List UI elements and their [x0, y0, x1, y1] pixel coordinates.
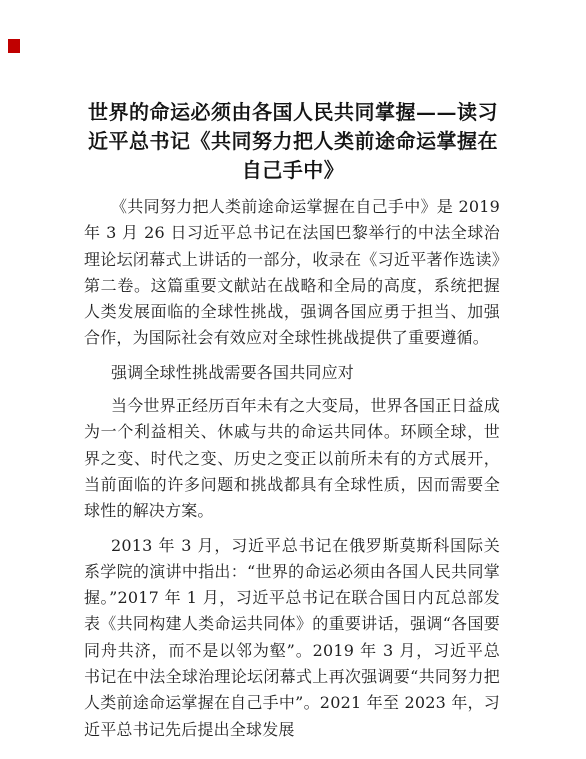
paragraph-body-2: 2013 年 3 月，习近平总书记在俄罗斯莫斯科国际关系学院的演讲中指出：“世界… [84, 533, 500, 743]
document-body: 《共同努力把人类前途命运掌握在自己手中》是 2019 年 3 月 26 日习近平… [84, 194, 500, 743]
document-page: 世界的命运必须由各国人民共同掌握——读习 近平总书记《共同努力把人类前途命运掌握… [0, 0, 586, 759]
section-heading: 强调全球性挑战需要各国共同应对 [84, 360, 500, 386]
title-line-1: 世界的命运必须由各国人民共同掌握——读习 [80, 98, 506, 127]
paragraph-body-1: 当今世界正经历百年未有之大变局，世界各国正日益成为一个利益相关、休戚与共的命运共… [84, 393, 500, 524]
title-line-3: 自己手中》 [80, 156, 506, 185]
paragraph-intro: 《共同努力把人类前途命运掌握在自己手中》是 2019 年 3 月 26 日习近平… [84, 194, 500, 352]
title-line-2: 近平总书记《共同努力把人类前途命运掌握在 [80, 127, 506, 156]
red-corner-marker [8, 39, 20, 53]
document-title: 世界的命运必须由各国人民共同掌握——读习 近平总书记《共同努力把人类前途命运掌握… [0, 0, 586, 185]
